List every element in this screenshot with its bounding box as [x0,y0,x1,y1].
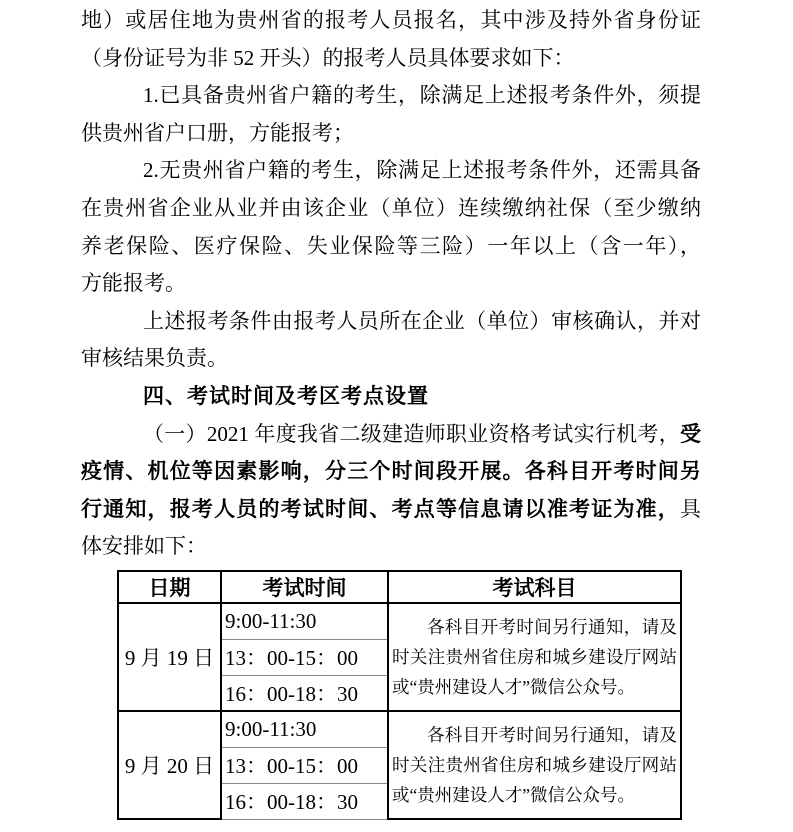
subject-line: 时关注贵州省住房和城乡建设厅网站 [392,750,677,780]
subject-cell-sep19: 各科目开考时间另行通知，请及 时关注贵州省住房和城乡建设厅网站 或“贵州建设人才… [388,603,681,711]
date-cell-sep20: 9 月 20 日 [118,711,221,819]
subject-cell-sep20: 各科目开考时间另行通知，请及 时关注贵州省住房和城乡建设厅网站 或“贵州建设人才… [388,711,681,819]
body-line-14-bold: 行通知，报考人员的考试时间、考点等信息请以准考证为准， [81,497,680,521]
subject-line: 各科目开考时间另行通知，请及 [392,612,677,642]
subject-line: 或“贵州建设人才”微信公众号。 [392,672,677,702]
document-page: 地）或居住地为贵州省的报考人员报名，其中涉及持外省身份证 （身份证号为非 52 … [0,0,793,832]
body-line-8: 方能报考。 [81,265,701,303]
table-row: 9 月 20 日 9:00-11:30 各科目开考时间另行通知，请及 时关注贵州… [118,711,681,747]
body-line-1: 地）或居住地为贵州省的报考人员报名，其中涉及持外省身份证 [81,2,701,40]
time-cell-sep19-3: 16：00-18：30 [221,675,388,711]
body-line-3: 1.已具备贵州省户籍的考生，除满足上述报考条件外，须提 [81,77,701,115]
document-body: 地）或居住地为贵州省的报考人员报名，其中涉及持外省身份证 （身份证号为非 52 … [81,2,701,566]
time-cell-sep20-2: 13：00-15：00 [221,747,388,783]
section-heading-exam-time: 四、考试时间及考区考点设置 [81,378,701,416]
body-line-7: 养老保险、医疗保险、失业保险等三险）一年以上（含一年）， [81,228,701,266]
body-line-14: 行通知，报考人员的考试时间、考点等信息请以准考证为准，具 [81,491,701,529]
table-header-row: 日期 考试时间 考试科目 [118,571,681,603]
table-row: 9 月 19 日 9:00-11:30 各科目开考时间另行通知，请及 时关注贵州… [118,603,681,639]
time-cell-sep20-3: 16：00-18：30 [221,783,388,819]
time-cell-sep19-2: 13：00-15：00 [221,639,388,675]
header-time: 考试时间 [221,571,388,603]
time-cell-sep20-1: 9:00-11:30 [221,711,388,747]
body-line-13: 疫情、机位等因素影响，分三个时间段开展。各科目开考时间另 [81,453,701,491]
header-subject: 考试科目 [388,571,681,603]
body-line-14-regular: 具 [680,497,701,521]
body-line-10: 审核结果负责。 [81,340,701,378]
body-line-6: 在贵州省企业从业并由该企业（单位）连续缴纳社保（至少缴纳 [81,190,701,228]
body-line-4: 供贵州省户口册，方能报考； [81,115,701,153]
exam-schedule-table: 日期 考试时间 考试科目 9 月 19 日 9:00-11:30 各科目开考时间… [117,570,682,820]
body-line-12-regular: （一）2021 年度我省二级建造师职业资格考试实行机考， [143,422,680,446]
subject-line: 或“贵州建设人才”微信公众号。 [392,780,677,810]
body-line-12-bold: 受 [680,422,701,446]
header-date: 日期 [118,571,221,603]
time-cell-sep19-1: 9:00-11:30 [221,603,388,639]
body-line-9: 上述报考条件由报考人员所在企业（单位）审核确认，并对 [81,303,701,341]
subject-line: 各科目开考时间另行通知，请及 [392,720,677,750]
subject-line: 时关注贵州省住房和城乡建设厅网站 [392,642,677,672]
body-line-5: 2.无贵州省户籍的考生，除满足上述报考条件外，还需具备 [81,152,701,190]
date-cell-sep19: 9 月 19 日 [118,603,221,711]
body-line-2: （身份证号为非 52 开头）的报考人员具体要求如下： [81,40,701,78]
body-line-12: （一）2021 年度我省二级建造师职业资格考试实行机考，受 [81,416,701,454]
body-line-15: 体安排如下： [81,528,701,566]
